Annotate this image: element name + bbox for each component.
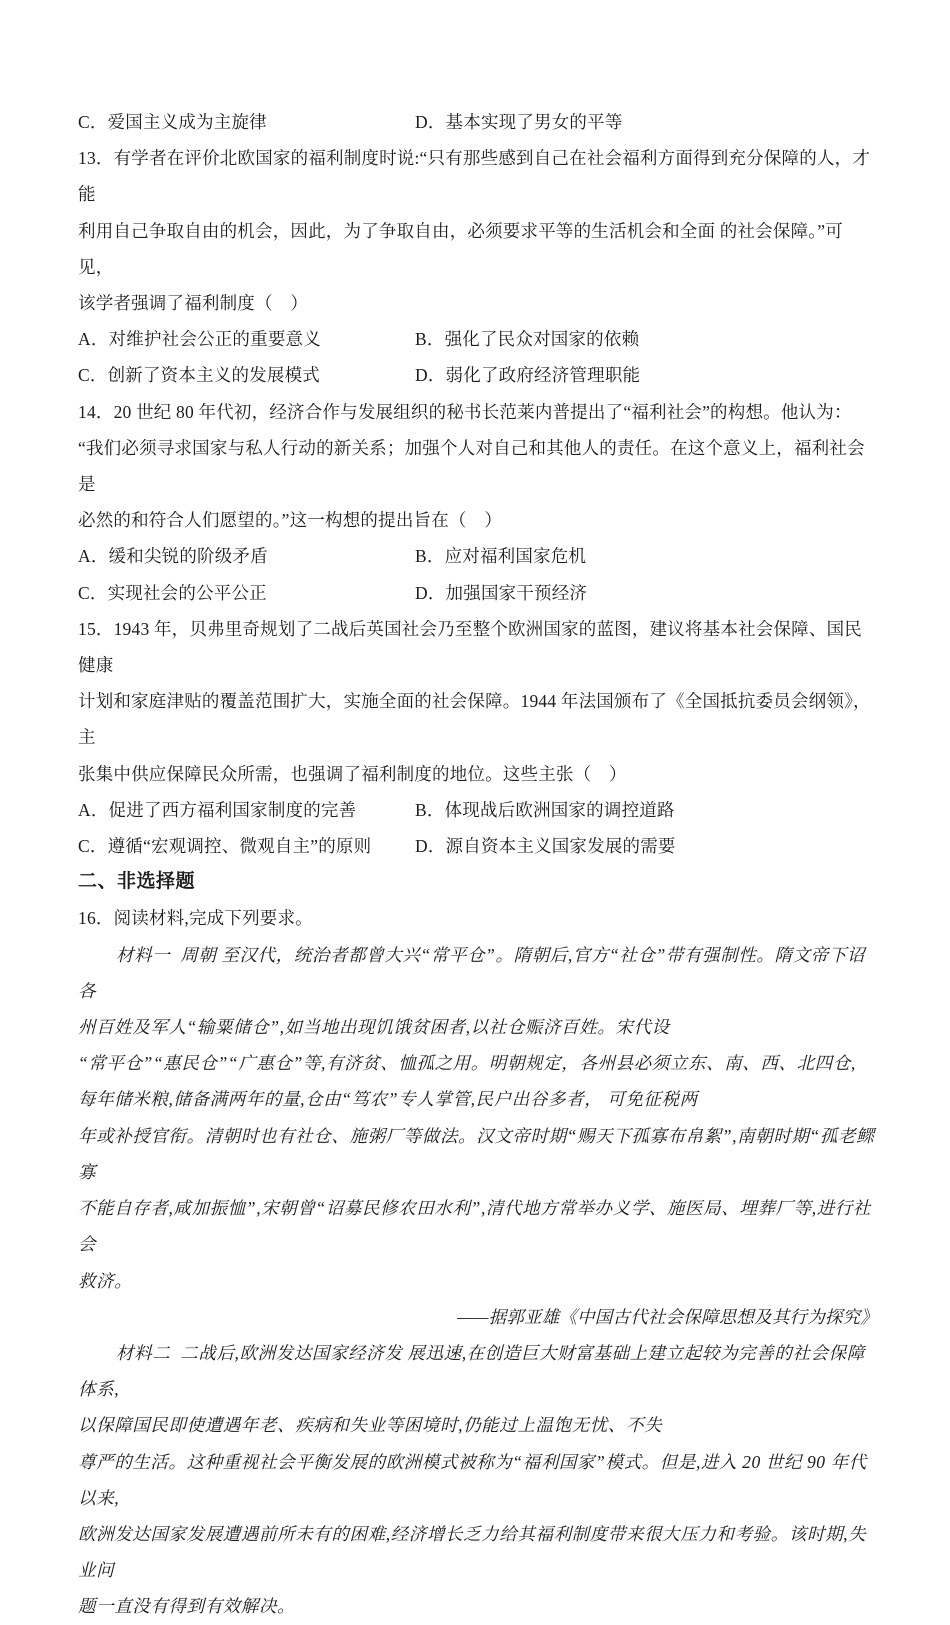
- q16-material2-line-5: 题一直没有得到有效解决。: [78, 1588, 878, 1624]
- q16-material1-source: ——据郭亚雄《中国古代社会保障思想及其行为探究》: [78, 1299, 878, 1335]
- q16-material1-line-6: 不能自存者,咸加振恤”,宋朝曾“诏募民修农田水利”,清代地方常举办义学、施医局、…: [78, 1190, 878, 1262]
- q13-options-row-ab: A．对维护社会公正的重要意义 B．强化了民众对国家的依赖: [78, 321, 878, 357]
- q14-stem-line-1: 14．20 世纪 80 年代初，经济合作与发展组织的秘书长范莱内普提出了“福利社…: [78, 394, 878, 430]
- q13-option-a: A．对维护社会公正的重要意义: [78, 321, 415, 357]
- q13-option-c: C．创新了资本主义的发展模式: [78, 357, 415, 393]
- q16-material2-line-4: 欧洲发达国家发展遭遇前所未有的困难,经济增长乏力给其福利制度带来很大压力和考验。…: [78, 1516, 878, 1588]
- q13-stem-line-2: 利用自己争取自由的机会，因此，为了争取自由，必须要求平等的生活机会和全面 的社会…: [78, 213, 878, 285]
- q14-options-row-cd: C．实现社会的公平公正 D．加强国家干预经济: [78, 575, 878, 611]
- q16-material1-line-1: 材料一 周朝 至汉代，统治者都曾大兴“常平仓”。隋朝后,官方“社仓”带有强制性。…: [78, 937, 878, 1009]
- q12-option-c: C．爱国主义成为主旋律: [78, 104, 415, 140]
- q12-options-row: C．爱国主义成为主旋律 D．基本实现了男女的平等: [78, 104, 878, 140]
- q13-options-row-cd: C．创新了资本主义的发展模式 D．弱化了政府经济管理职能: [78, 357, 878, 393]
- q16-intro: 16．阅读材料,完成下列要求。: [78, 900, 878, 936]
- q15-option-b: B．体现战后欧洲国家的调控道路: [415, 792, 675, 828]
- q15-option-c: C．遵循“宏观调控、微观自主”的原则: [78, 828, 415, 864]
- q16-material1-line-3: “常平仓”“惠民仓”“广惠仓”等,有济贫、恤孤之用。明朝规定，各州县必须立东、南…: [78, 1045, 878, 1081]
- q16-material2-line-1: 材料二 二战后,欧洲发达国家经济发 展迅速,在创造巨大财富基础上建立起较为完善的…: [78, 1335, 878, 1407]
- q14-option-b: B．应对福利国家危机: [415, 538, 586, 574]
- q15-stem-line-3: 张集中供应保障民众所需，也强调了福利制度的地位。这些主张（ ）: [78, 756, 878, 792]
- q15-option-a: A．促进了西方福利国家制度的完善: [78, 792, 415, 828]
- section2-heading: 二、非选择题: [78, 864, 878, 900]
- q14-option-a: A．缓和尖锐的阶级矛盾: [78, 538, 415, 574]
- q16-material1-line-4: 每年储米粮,储备满两年的量,仓由“笃农”专人掌管,民户出谷多者， 可免征税两: [78, 1081, 878, 1117]
- q15-option-d: D．源自资本主义国家发展的需要: [415, 828, 676, 864]
- q13-option-b: B．强化了民众对国家的依赖: [415, 321, 639, 357]
- q15-options-row-cd: C．遵循“宏观调控、微观自主”的原则 D．源自资本主义国家发展的需要: [78, 828, 878, 864]
- q16-material1-line-2: 州百姓及军人“输粟储仓”,如当地出现饥饿贫困者,以社仓赈济百姓。宋代设: [78, 1009, 878, 1045]
- q15-options-row-ab: A．促进了西方福利国家制度的完善 B．体现战后欧洲国家的调控道路: [78, 792, 878, 828]
- q13-option-d: D．弱化了政府经济管理职能: [415, 357, 640, 393]
- q14-options-row-ab: A．缓和尖锐的阶级矛盾 B．应对福利国家危机: [78, 538, 878, 574]
- q15-stem-line-2: 计划和家庭津贴的覆盖范围扩大，实施全面的社会保障。1944 年法国颁布了《全国抵…: [78, 683, 878, 755]
- q13-stem-line-3: 该学者强调了福利制度（ ）: [78, 285, 878, 321]
- q14-option-c: C．实现社会的公平公正: [78, 575, 415, 611]
- q16-material1-line-7: 救济。: [78, 1263, 878, 1299]
- q16-material2-line-2: 以保障国民即使遭遇年老、疾病和失业等困境时,仍能过上温饱无忧、不失: [78, 1407, 878, 1443]
- q12-option-d: D．基本实现了男女的平等: [415, 104, 623, 140]
- q13-stem-line-1: 13．有学者在评价北欧国家的福利制度时说:“只有那些感到自己在社会福利方面得到充…: [78, 140, 878, 212]
- q14-option-d: D．加强国家干预经济: [415, 575, 587, 611]
- q16-material2-line-3: 尊严的生活。这种重视社会平衡发展的欧洲模式被称为“福利国家”模式。但是,进入 2…: [78, 1444, 878, 1516]
- q14-stem-line-2: “我们必须寻求国家与私人行动的新关系；加强个人对自己和其他人的责任。在这个意义上…: [78, 430, 878, 502]
- q14-stem-line-3: 必然的和符合人们愿望的。”这一构想的提出旨在（ ）: [78, 502, 878, 538]
- q15-stem-line-1: 15．1943 年，贝弗里奇规划了二战后英国社会乃至整个欧洲国家的蓝图，建议将基…: [78, 611, 878, 683]
- exam-document: C．爱国主义成为主旋律 D．基本实现了男女的平等 13．有学者在评价北欧国家的福…: [78, 104, 878, 1625]
- q16-material1-line-5: 年或补授官衔。清朝时也有社仓、施粥厂等做法。汉文帝时期“赐天下孤寡布帛絮”,南朝…: [78, 1118, 878, 1190]
